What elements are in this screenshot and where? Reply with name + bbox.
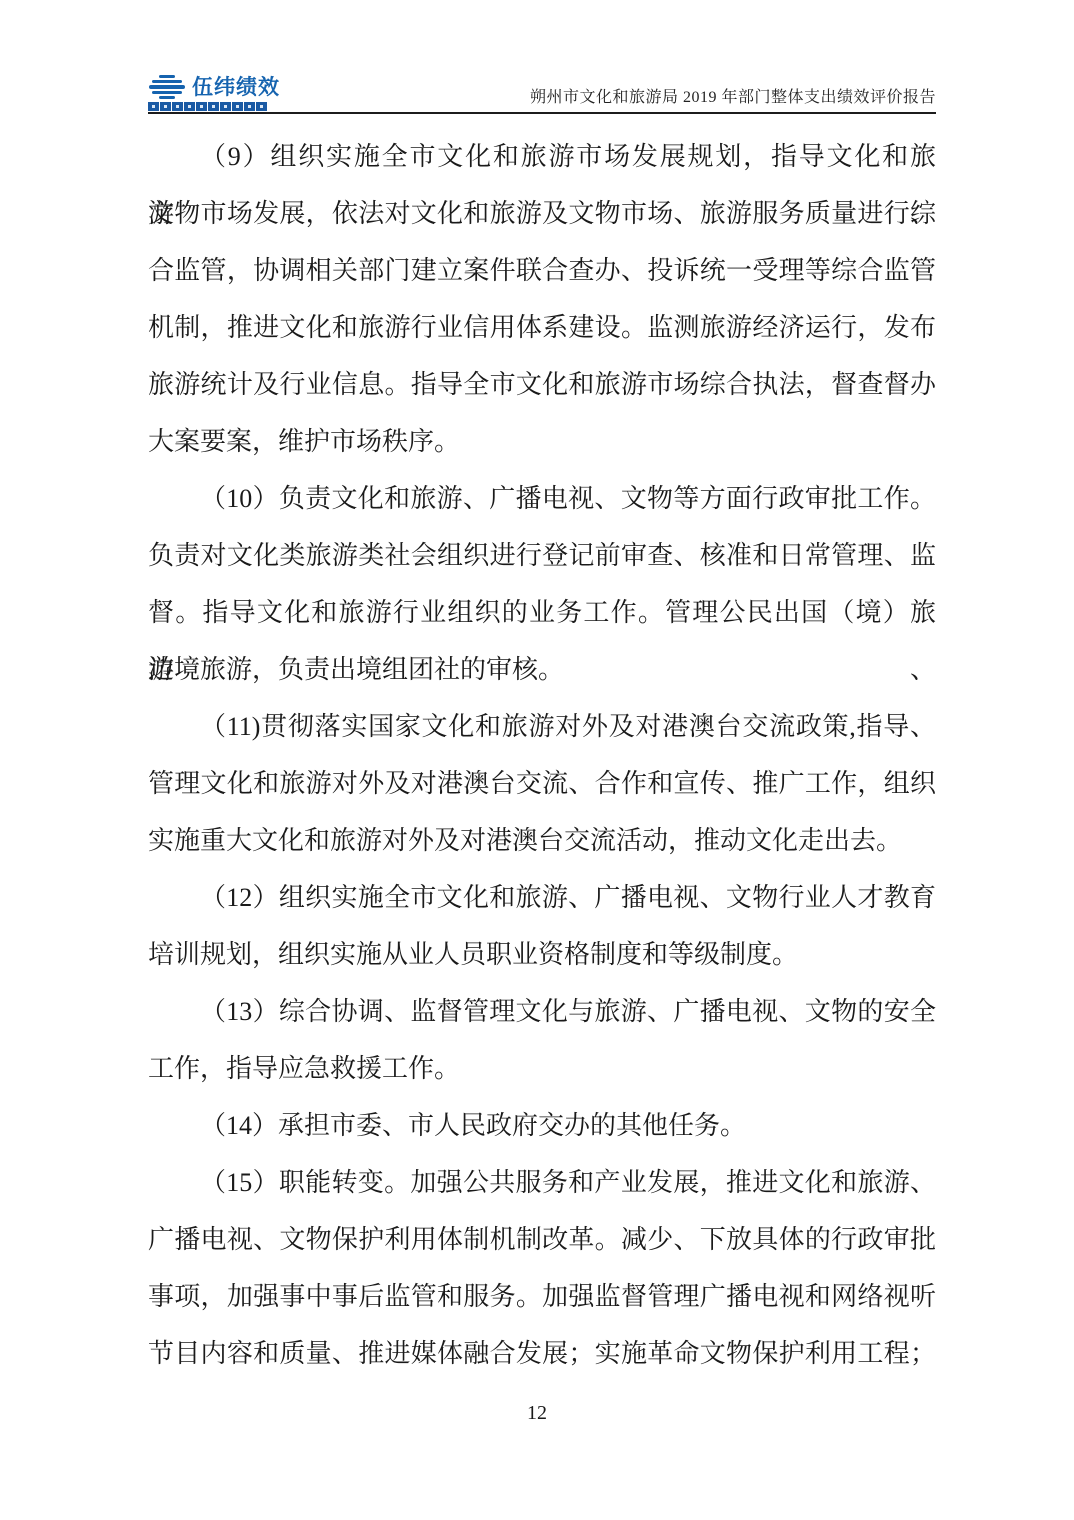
body-line: 实施重大文化和旅游对外及对港澳台交流活动，推动文化走出去。 (148, 812, 936, 869)
body-line: 节目内容和质量、推进媒体融合发展；实施革命文物保护利用工程； (148, 1325, 936, 1382)
logo-lockup: 伍纬绩效 (148, 75, 280, 99)
body-line: 培训规划，组织实施从业人员职业资格制度和等级制度。 (148, 926, 936, 983)
body-line: 事项，加强事中事后监管和服务。加强监督管理广播电视和网络视听 (148, 1268, 936, 1325)
body-line: （13）综合协调、监督管理文化与旅游、广播电视、文物的安全 (148, 983, 936, 1040)
body-line: （10）负责文化和旅游、广播电视、文物等方面行政审批工作。 (148, 470, 936, 527)
body-line: 工作，指导应急救援工作。 (148, 1040, 936, 1097)
body-line: 管理文化和旅游对外及对港澳台交流、合作和宣传、推广工作，组织 (148, 755, 936, 812)
body-line: 广播电视、文物保护利用体制机制改革。减少、下放具体的行政审批 (148, 1211, 936, 1268)
body-line: （15）职能转变。加强公共服务和产业发展，推进文化和旅游、 (148, 1154, 936, 1211)
page-header: 伍纬绩效 朔州市文化和旅游局 2019 年部门整体支出绩效评价报告 (148, 68, 936, 114)
body-line: （11)贯彻落实国家文化和旅游对外及对港澳台交流政策,指导、 (148, 698, 936, 755)
body-line: 机制，推进文化和旅游行业信用体系建设。监测旅游经济运行，发布 (148, 299, 936, 356)
report-header-title: 朔州市文化和旅游局 2019 年部门整体支出绩效评价报告 (530, 84, 936, 112)
document-body: （9）组织实施全市文化和旅游市场发展规划，指导文化和旅游、文物市场发展，依法对文… (148, 128, 936, 1382)
body-line: 合监管，协调相关部门建立案件联合查办、投诉统一受理等综合监管 (148, 242, 936, 299)
globe-stripes-icon (148, 75, 186, 99)
body-line: （9）组织实施全市文化和旅游市场发展规划，指导文化和旅游、 (148, 128, 936, 185)
body-line: （14）承担市委、市人民政府交办的其他任务。 (148, 1097, 936, 1154)
body-line: 文物市场发展，依法对文化和旅游及文物市场、旅游服务质量进行综 (148, 185, 936, 242)
logo-ribbon-icon (148, 102, 267, 111)
page-footer: 12 (0, 1402, 1074, 1425)
body-line: 旅游统计及行业信息。指导全市文化和旅游市场综合执法，督查督办 (148, 356, 936, 413)
body-line: 大案要案，维护市场秩序。 (148, 413, 936, 470)
body-line: 督。指导文化和旅游行业组织的业务工作。管理公民出国（境）旅游、 (148, 584, 936, 641)
page-number: 12 (527, 1402, 547, 1424)
body-line: 负责对文化类旅游类社会组织进行登记前审查、核准和日常管理、监 (148, 527, 936, 584)
body-line: （12）组织实施全市文化和旅游、广播电视、文物行业人才教育 (148, 869, 936, 926)
logo-text: 伍纬绩效 (192, 77, 280, 98)
company-logo: 伍纬绩效 (148, 75, 280, 112)
document-page: 伍纬绩效 朔州市文化和旅游局 2019 年部门整体支出绩效评价报告 （9）组织实… (0, 0, 1074, 1520)
